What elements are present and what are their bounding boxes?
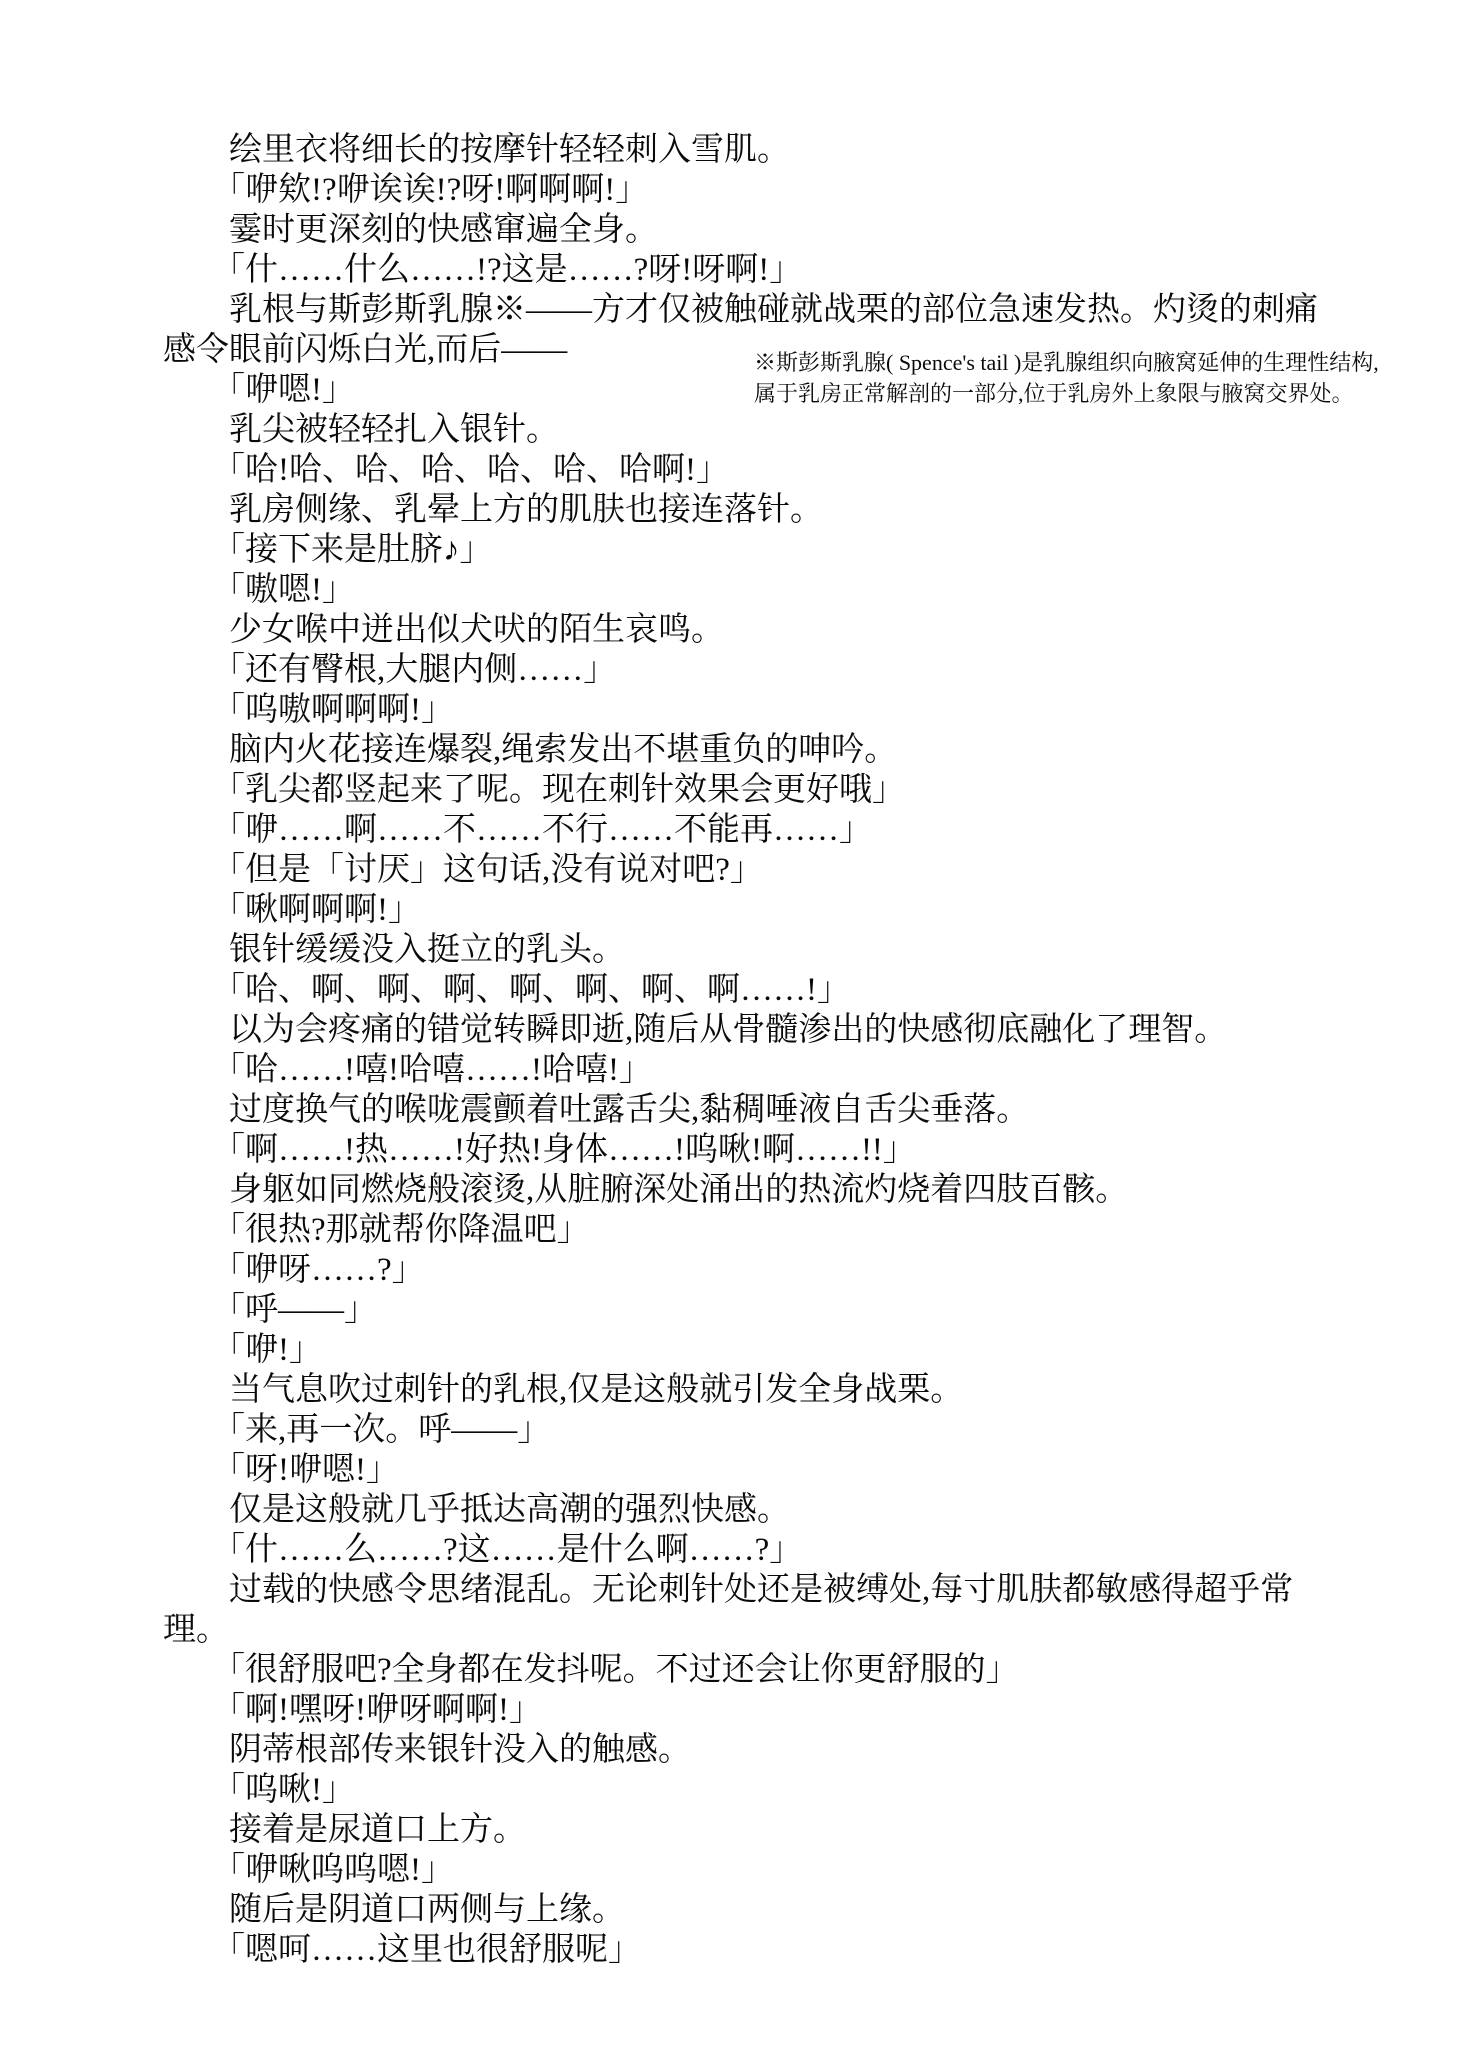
text-line: 「乳尖都竖起来了呢。现在刺针效果会更好哦」 xyxy=(163,770,1463,810)
text-line: 阴蒂根部传来银针没入的触感。 xyxy=(163,1730,1463,1770)
text-line: 绘里衣将细长的按摩针轻轻刺入雪肌。 xyxy=(163,130,1463,170)
footnote-line-1: ※斯彭斯乳腺( Spence's tail )是乳腺组织向腋窝延伸的生理性结构, xyxy=(754,347,1379,378)
text-line: 「什……什么……!?这是……?呀!呀啊!」 xyxy=(163,250,1463,290)
text-line: 身躯如同燃烧般滚烫,从脏腑深处涌出的热流灼烧着四肢百骸。 xyxy=(163,1170,1463,1210)
text-line: 「咿呀……?」 xyxy=(163,1250,1463,1290)
text-line: 「啊!嘿呀!咿呀啊啊!」 xyxy=(163,1690,1463,1730)
text-line: 「呼——」 xyxy=(163,1290,1463,1330)
text-line: 「还有臀根,大腿内侧……」 xyxy=(163,650,1463,690)
text-line: 「但是「讨厌」这句话,没有说对吧?」 xyxy=(163,850,1463,890)
text-line: 仅是这般就几乎抵达高潮的强烈快感。 xyxy=(163,1490,1463,1530)
text-line: 「来,再一次。呼——」 xyxy=(163,1410,1463,1450)
text-line: 过载的快感令思绪混乱。无论刺针处还是被缚处,每寸肌肤都敏感得超乎常 xyxy=(163,1570,1463,1610)
text-line: 「很舒服吧?全身都在发抖呢。不过还会让你更舒服的」 xyxy=(163,1650,1463,1690)
text-line: 「哈、啊、啊、啊、啊、啊、啊、啊……!」 xyxy=(163,970,1463,1010)
text-line: 「哈……!嘻!哈嘻……!哈嘻!」 xyxy=(163,1050,1463,1090)
text-line: 「咿……啊……不……不行……不能再……」 xyxy=(163,810,1463,850)
text-line: 随后是阴道口两侧与上缘。 xyxy=(163,1890,1463,1930)
text-line: 「啾啊啊啊!」 xyxy=(163,890,1463,930)
text-line: 「嗯呵……这里也很舒服呢」 xyxy=(163,1930,1463,1970)
text-line: 「很热?那就帮你降温吧」 xyxy=(163,1210,1463,1250)
text-line: 乳根与斯彭斯乳腺※——方才仅被触碰就战栗的部位急速发热。灼烫的刺痛 xyxy=(163,290,1463,330)
text-line: 少女喉中迸出似犬吠的陌生哀鸣。 xyxy=(163,610,1463,650)
text-line: 乳尖被轻轻扎入银针。 xyxy=(163,410,1463,450)
footnote: ※斯彭斯乳腺( Spence's tail )是乳腺组织向腋窝延伸的生理性结构,… xyxy=(754,347,1379,409)
text-line: 「呜嗷啊啊啊!」 xyxy=(163,690,1463,730)
text-line: 「咿欸!?咿诶诶!?呀!啊啊啊!」 xyxy=(163,170,1463,210)
text-line: 银针缓缓没入挺立的乳头。 xyxy=(163,930,1463,970)
text-line: 「哈!哈、哈、哈、哈、哈、哈啊!」 xyxy=(163,450,1463,490)
text-line: 「咿啾呜呜嗯!」 xyxy=(163,1850,1463,1890)
text-line: 脑内火花接连爆裂,绳索发出不堪重负的呻吟。 xyxy=(163,730,1463,770)
text-line: 以为会疼痛的错觉转瞬即逝,随后从骨髓渗出的快感彻底融化了理智。 xyxy=(163,1010,1463,1050)
text-line: 当气息吹过刺针的乳根,仅是这般就引发全身战栗。 xyxy=(163,1370,1463,1410)
text-line: 「呜啾!」 xyxy=(163,1770,1463,1810)
text-line: 「嗷嗯!」 xyxy=(163,570,1463,610)
text-line: 「接下来是肚脐♪」 xyxy=(163,530,1463,570)
text-line: 过度换气的喉咙震颤着吐露舌尖,黏稠唾液自舌尖垂落。 xyxy=(163,1090,1463,1130)
text-line: 乳房侧缘、乳晕上方的肌肤也接连落针。 xyxy=(163,490,1463,530)
document-page: 绘里衣将细长的按摩针轻轻刺入雪肌。「咿欸!?咿诶诶!?呀!啊啊啊!」霎时更深刻的… xyxy=(0,0,1481,2071)
text-line: 「啊……!热……!好热!身体……!呜啾!啊……!!」 xyxy=(163,1130,1463,1170)
text-line: 理。 xyxy=(163,1610,1463,1650)
text-line: 霎时更深刻的快感窜遍全身。 xyxy=(163,210,1463,250)
footnote-line-2: 属于乳房正常解剖的一部分,位于乳房外上象限与腋窝交界处。 xyxy=(754,378,1379,409)
text-line: 「咿!」 xyxy=(163,1330,1463,1370)
text-line: 「呀!咿嗯!」 xyxy=(163,1450,1463,1490)
text-line: 「什……么……?这……是什么啊……?」 xyxy=(163,1530,1463,1570)
text-line: 接着是尿道口上方。 xyxy=(163,1810,1463,1850)
